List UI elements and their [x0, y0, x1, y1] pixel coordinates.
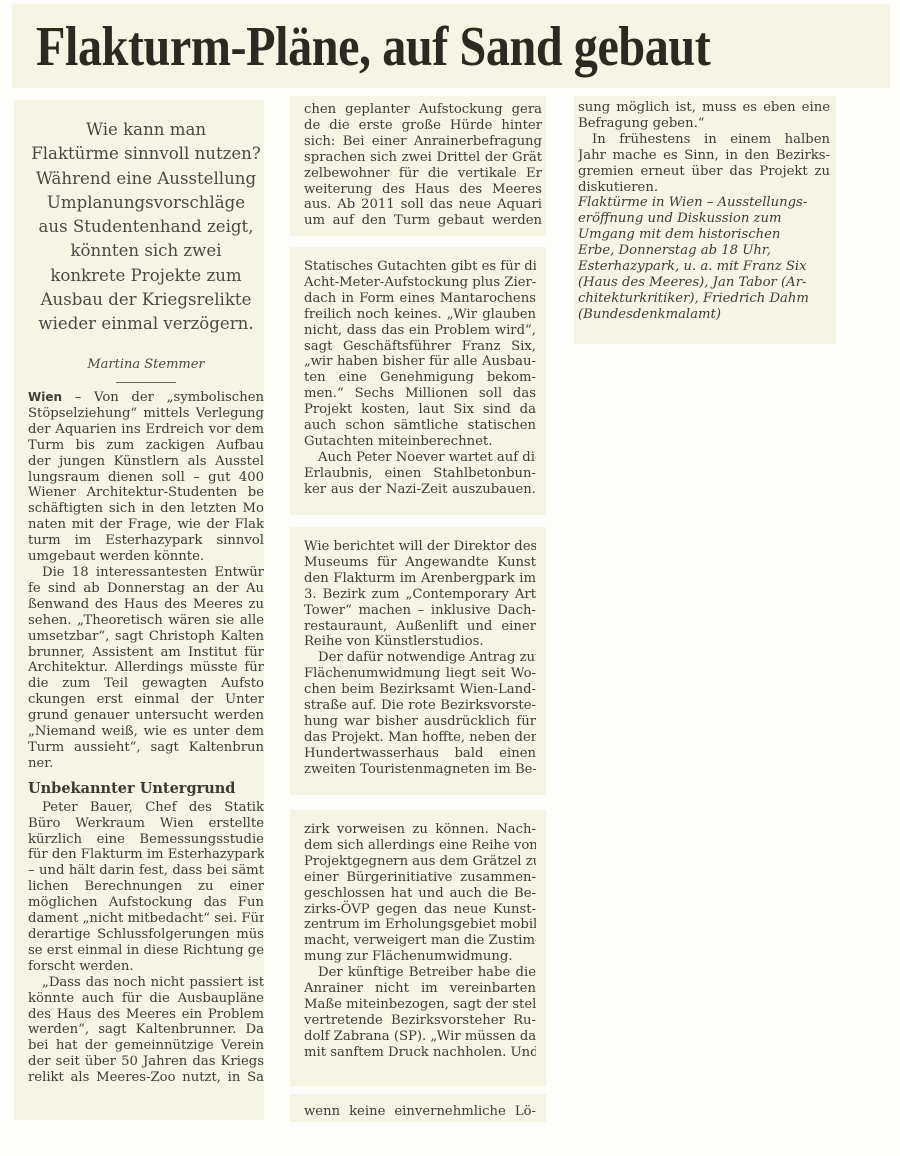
text-line: derartige Schlussfolgerungen müs — [28, 927, 264, 943]
text-line: Peter Bauer, Chef des Statik — [28, 800, 264, 816]
text-line: zirks-ÖVP gegen das neue Kunst- — [304, 902, 536, 918]
text-line: bei hat der gemeinnützige Verein — [28, 1038, 264, 1054]
text-line: „Dass das noch nicht passiert ist — [28, 975, 264, 991]
byline: Martina Stemmer — [28, 357, 264, 372]
lead-line: Ausbau der Kriegsrelikte — [28, 288, 264, 312]
text-line: Tower“ machen – inklusive Dach- — [304, 603, 536, 619]
text-line: Statisches Gutachten gibt es für die — [304, 259, 536, 275]
text-line: das Projekt. Man hoffte, neben dem — [304, 730, 536, 746]
text-line: „Niemand weiß, wie es unter dem — [28, 724, 264, 740]
text-line: einer Bürgerinitiative zusammen- — [304, 870, 536, 886]
text-line: diskutieren. — [578, 180, 830, 196]
text-line: des Haus des Meeres ein Problem — [28, 1007, 264, 1023]
text-line: ten eine Genehmigung bekom- — [304, 370, 536, 386]
column-2-block-1: chen geplanter Aufstockung gera de die e… — [290, 96, 546, 236]
text-line: könnte auch für die Ausbaupläne — [28, 991, 264, 1007]
text-line: sich: Bei einer Anrainerbefragung — [304, 134, 542, 150]
text-line: turm im Esterhazypark sinnvol — [28, 533, 264, 549]
lead-paragraph: Wie kann man Flaktürme sinnvoll nutzen? … — [28, 118, 264, 337]
text-line: für den Flakturm im Esterhazypark — [28, 847, 264, 863]
text-line: se erst einmal in diese Richtung ge — [28, 943, 264, 959]
text-line: – und hält darin fest, dass bei sämt — [28, 863, 264, 879]
text-line: Flaktürme in Wien – Ausstellungs- — [578, 195, 830, 211]
text-line: straße auf. Die rote Bezirksvorste- — [304, 698, 536, 714]
text-line: mung zur Flächenumwidmung. — [304, 949, 536, 965]
text-line: Esterhazypark, u. a. mit Franz Six — [578, 259, 830, 275]
column-3: sung möglich ist, muss es eben eine Befr… — [574, 96, 836, 344]
text-line: Museums für Angewandte Kunst — [304, 555, 536, 571]
text-line: chitekturkritiker), Friedrich Dahm — [578, 291, 830, 307]
text-line: Reihe von Künstlerstudios. — [304, 634, 536, 650]
text-line: chen beim Bezirksamt Wien-Land- — [304, 682, 536, 698]
text-line: In frühestens in einem halben — [578, 132, 830, 148]
text-line: gremien erneut über das Projekt zu — [578, 164, 830, 180]
lead-line: aus Studentenhand zeigt, — [28, 215, 264, 239]
text-line: Architektur. Allerdings müsste für — [28, 660, 264, 676]
text-line: freilich noch keines. „Wir glauben — [304, 307, 536, 323]
text-line: sagt Geschäftsführer Franz Six, — [304, 339, 536, 355]
text-line: geschlossen hat und auch die Be- — [304, 886, 536, 902]
text-line: Der künftige Betreiber habe die — [304, 965, 536, 981]
text-line: restauraunt, Außenlift und einer — [304, 619, 536, 635]
text-line: (Bundesdenkmalamt) — [578, 307, 830, 323]
text-line: ker aus der Nazi-Zeit auszubauen. — [304, 482, 536, 498]
text-line: Maße miteinbezogen, sagt der stell- — [304, 997, 536, 1013]
headline: Flakturm-Pläne, auf Sand gebaut — [36, 12, 710, 82]
column-2-block-2: Statisches Gutachten gibt es für die Ach… — [290, 247, 546, 515]
text-line: grund genauer untersucht werden — [28, 708, 264, 724]
text-line: Hundertwasserhaus bald einen — [304, 746, 536, 762]
text-line: werden“, sagt Kaltenbrunner. Da — [28, 1022, 264, 1038]
text-line: Wien – Von der „symbolischen — [28, 390, 264, 406]
text-line: ßenwand des Haus des Meeres zu — [28, 597, 264, 613]
text-line: ner. — [28, 756, 264, 772]
text-line: Die 18 interessantesten Entwür — [28, 565, 264, 581]
text-line: Turm bis zum zackigen Aufbau — [28, 438, 264, 454]
text-line: Projektgegnern aus dem Grätzel zu — [304, 854, 536, 870]
text-line: möglichen Aufstockung das Fun — [28, 895, 264, 911]
text-line: Umgang mit dem historischen — [578, 227, 830, 243]
text-line: dem sich allerdings eine Reihe von — [304, 838, 536, 854]
text-line: Büro Werkraum Wien erstellte — [28, 816, 264, 832]
text-line: men.“ Sechs Millionen soll das — [304, 386, 536, 402]
text-line: Gutachten miteinberechnet. — [304, 434, 536, 450]
byline-rule — [116, 382, 176, 383]
column-2-block-5: wenn keine einvernehmliche Lö- — [290, 1094, 546, 1122]
text-line: 3. Bezirk zum „Contemporary Art — [304, 587, 536, 603]
text-line: sprachen sich zwei Drittel der Grät — [304, 150, 542, 166]
text-line: umsetzbar“, sagt Christoph Kalten — [28, 629, 264, 645]
text-line: umgebaut werden könnte. — [28, 549, 264, 565]
text-line: lungsraum dienen soll – gut 400 — [28, 470, 264, 486]
lead-line: Flaktürme sinnvoll nutzen? — [28, 142, 264, 166]
text-line: chen geplanter Aufstockung gera — [304, 102, 542, 118]
text-line: Erlaubnis, einen Stahlbetonbun- — [304, 466, 536, 482]
text-line: zelbewohner für die vertikale Er — [304, 166, 542, 182]
text-line: Projekt kosten, laut Six sind da — [304, 402, 536, 418]
text-line: Der dafür notwendige Antrag zur — [304, 650, 536, 666]
text-line: kürzlich eine Bemessungsstudie — [28, 832, 264, 848]
text-line: eröffnung und Diskussion zum — [578, 211, 830, 227]
text-line: fe sind ab Donnerstag an der Au — [28, 581, 264, 597]
text-line: Anrainer nicht im vereinbarten — [304, 981, 536, 997]
column-2-block-3: Wie berichtet will der Direktor des Muse… — [290, 527, 546, 795]
text-line: sung möglich ist, muss es eben eine — [578, 100, 830, 116]
text-line: nicht, dass das ein Problem wird“, — [304, 323, 536, 339]
lead-line: Während eine Ausstellung — [28, 167, 264, 191]
column-2-block-4: zirk vorweisen zu können. Nach- dem sich… — [290, 810, 546, 1086]
text-line: macht, verweigert man die Zustim- — [304, 933, 536, 949]
lead-line: Umplanungsvorschläge — [28, 191, 264, 215]
text-line: der seit über 50 Jahren das Kriegs — [28, 1054, 264, 1070]
text-line: dament „nicht mitbedacht“ sei. Für — [28, 911, 264, 927]
text-line: relikt als Meeres-Zoo nutzt, in Sa — [28, 1070, 264, 1086]
text-line: mit sanftem Druck nachholen. Und — [304, 1045, 536, 1061]
text-line: zweiten Touristenmagneten im Be- — [304, 762, 536, 778]
lead-line: Wie kann man — [28, 118, 264, 142]
subheading: Unbekannter Untergrund — [28, 780, 264, 798]
lead-line: konkrete Projekte zum — [28, 264, 264, 288]
text-line: Wie berichtet will der Direktor des — [304, 539, 536, 555]
text-line: Befragung geben.“ — [578, 116, 830, 132]
text-line: um auf den Turm gebaut werden — [304, 213, 542, 229]
text-line: schäftigten sich in den letzten Mo — [28, 501, 264, 517]
text-line: Flächenumwidmung liegt seit Wo- — [304, 666, 536, 682]
text-line: Auch Peter Noever wartet auf die — [304, 450, 536, 466]
text-line: lichen Berechnungen zu einer — [28, 879, 264, 895]
text-line: sehen. „Theoretisch wären sie alle — [28, 613, 264, 629]
text-line: Wiener Architektur-Studenten be — [28, 485, 264, 501]
text-line: die zum Teil gewagten Aufsto — [28, 676, 264, 692]
text-line: zirk vorweisen zu können. Nach- — [304, 822, 536, 838]
column-1-body: Wien – Von der „symbolischen Stöpselzieh… — [28, 390, 264, 1086]
text-line: vertretende Bezirksvorsteher Ru- — [304, 1013, 536, 1029]
text-line: ckungen erst einmal der Unter — [28, 692, 264, 708]
lead-line: wieder einmal verzögern. — [28, 312, 264, 336]
dateline: Wien — [28, 390, 62, 404]
text-line: der Aquarien ins Erdreich vor dem — [28, 422, 264, 438]
text-line: forscht werden. — [28, 959, 264, 975]
text-line: aus. Ab 2011 soll das neue Aquari — [304, 197, 542, 213]
text-line: der jungen Künstlern als Ausstel — [28, 454, 264, 470]
event-info: Flaktürme in Wien – Ausstellungs- eröffn… — [578, 195, 830, 322]
text-line: de die erste große Hürde hinter — [304, 118, 542, 134]
text-line: Acht-Meter-Aufstockung plus Zier- — [304, 275, 536, 291]
text-line: Erbe, Donnerstag ab 18 Uhr, — [578, 243, 830, 259]
text-line: Jahr mache es Sinn, in den Bezirks- — [578, 148, 830, 164]
text-line: zentrum im Erholungsgebiet mobil — [304, 917, 536, 933]
lead-line: könnten sich zwei — [28, 239, 264, 263]
text-line: dolf Zabrana (SP). „Wir müssen das — [304, 1029, 536, 1045]
text-line: brunner, Assistent am Institut für — [28, 645, 264, 661]
text-line: naten mit der Frage, wie der Flak — [28, 517, 264, 533]
text-line: wenn keine einvernehmliche Lö- — [304, 1104, 536, 1120]
text-line: hung war bisher ausdrücklich für — [304, 714, 536, 730]
text-line: weiterung des Haus des Meeres — [304, 182, 542, 198]
text-line: auch schon sämtliche statischen — [304, 418, 536, 434]
text-line: (Haus des Meeres), Jan Tabor (Ar- — [578, 275, 830, 291]
text-line: Turm aussieht“, sagt Kaltenbrun — [28, 740, 264, 756]
text-line: den Flakturm im Arenbergpark im — [304, 571, 536, 587]
text-line: Stöpselziehung“ mittels Verlegung — [28, 406, 264, 422]
text-line: dach in Form eines Mantarochens — [304, 291, 536, 307]
text-line: „wir haben bisher für alle Ausbau- — [304, 354, 536, 370]
